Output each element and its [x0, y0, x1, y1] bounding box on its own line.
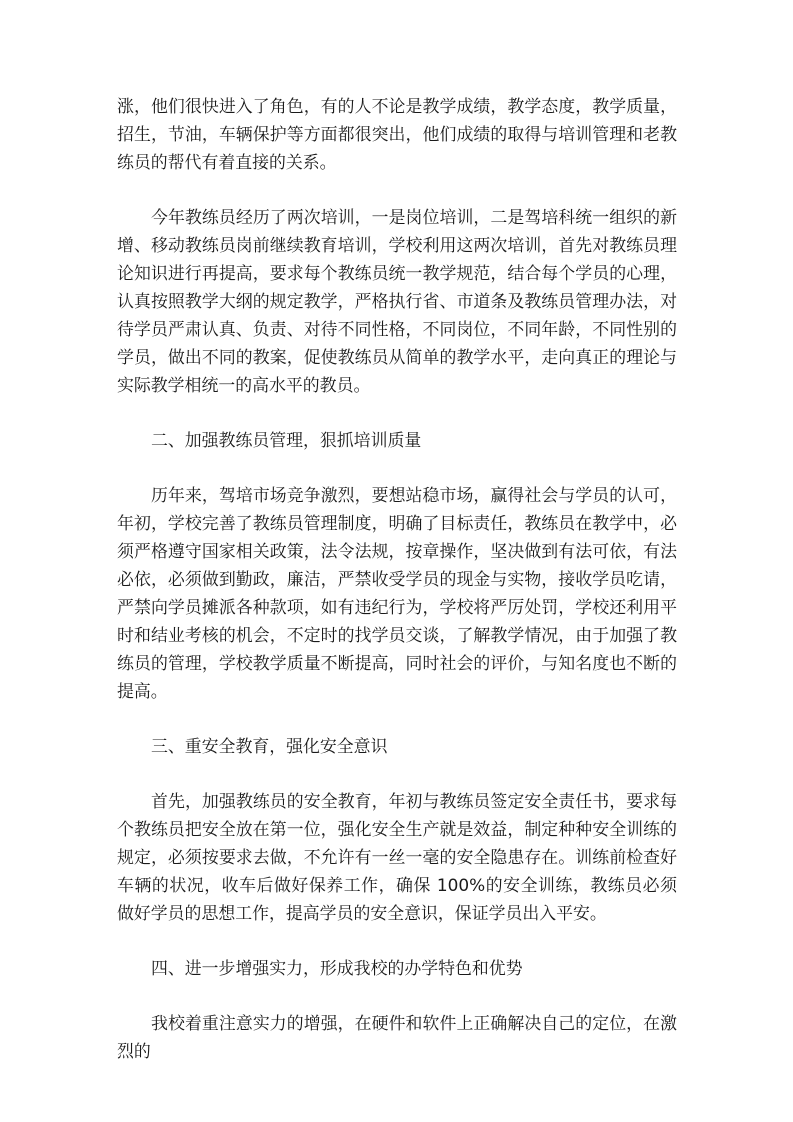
section-heading-2: 二、加强教练员管理，狠抓培训质量: [117, 426, 677, 454]
paragraph-training: 今年教练员经历了两次培训，一是岗位培训，二是驾培科统一组织的新增、移动教练员岗前…: [117, 203, 677, 399]
section-heading-4: 四、进一步增强实力，形成我校的办学特色和优势: [117, 954, 677, 982]
document-page: 涨，他们很快进入了角色，有的人不论是教学成绩，教学态度，教学质量，招生，节油，车…: [117, 92, 677, 1065]
section-heading-3: 三、重安全教育，强化安全意识: [117, 732, 677, 760]
paragraph-strength: 我校着重注意实力的增强，在硬件和软件上正确解决自己的定位，在激烈的: [117, 1009, 677, 1065]
paragraph-coach-growth: 涨，他们很快进入了角色，有的人不论是教学成绩，教学态度，教学质量，招生，节油，车…: [117, 92, 677, 176]
paragraph-safety: 首先，加强教练员的安全教育，年初与教练员签定安全责任书，要求每个教练员把安全放在…: [117, 787, 677, 927]
paragraph-management: 历年来，驾培市场竞争激烈，要想站稳市场，赢得社会与学员的认可，年初，学校完善了教…: [117, 481, 677, 705]
